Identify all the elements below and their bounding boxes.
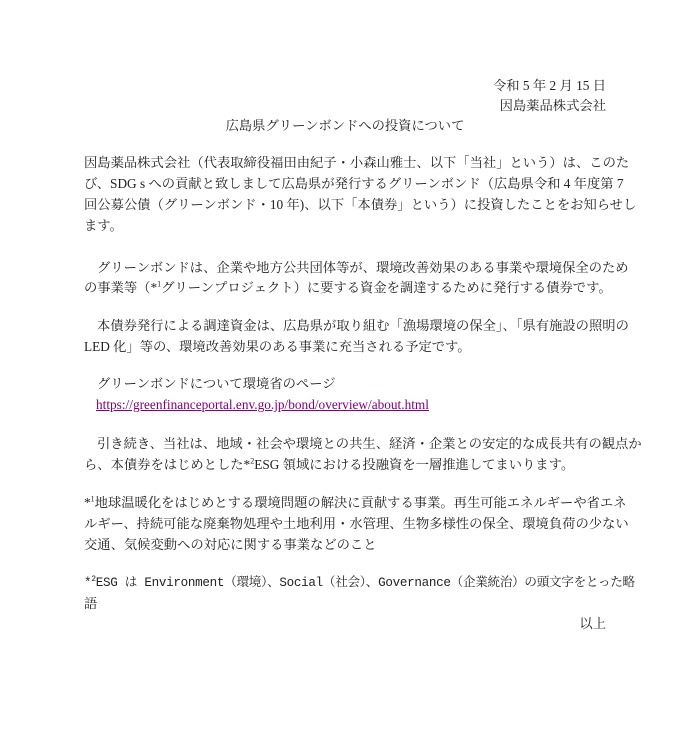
text-fragment: ESG は Environment（環境）、Social（社会）、Governa… [96,576,635,590]
paragraph-line: 因島薬品株式会社（代表取締役福田由紀子・小森山雅士、以下「当社」という）は、この… [84,153,606,173]
reference-link-line: https://greenfinanceportal.env.go.jp/bon… [84,395,618,415]
paragraph-line: ます。 [84,216,606,236]
text-fragment: 地球温暖化をはじめとする環境問題の解決に貢献する事業。再生可能エネルギーや省エネ [95,495,627,510]
footnote-line: *1地球温暖化をはじめとする環境問題の解決に貢献する事業。再生可能エネルギーや省… [84,493,606,513]
footnote-line: 語 [84,594,606,614]
issuer-company: 因島薬品株式会社 [84,96,606,116]
paragraph-line: 回公募公債（グリーンボンド・10 年)、以下「本債券」という）に投資したことをお… [84,195,606,215]
reference-label: グリーンボンドについて環境省のページ [84,374,606,394]
footnote-marker: * [84,495,91,510]
document-title: 広島県グリーンボンドへの投資について [84,116,606,136]
footnote-line: 交通、気候変動への対応に関する事業などのこと [84,535,606,555]
paragraph-line: 本債券発行による調達資金は、広島県が取り組む「漁場環境の保全」、「県有施設の照明… [84,316,606,336]
text-fragment: ら、本債券をはじめとした* [84,457,250,472]
text-fragment: ESG 領域における投融資を一層推進してまいります。 [254,457,574,472]
environment-ministry-link[interactable]: https://greenfinanceportal.env.go.jp/bon… [96,397,429,412]
paragraph-line: び、SDG s への貢献と致しまして広島県が発行するグリーンボンド（広島県令和 … [84,174,606,194]
footnote-line: *2ESG は Environment（環境）、Social（社会）、Gover… [84,573,606,593]
paragraph-line: ら、本債券をはじめとした*2ESG 領域における投融資を一層推進してまいります。 [84,455,606,475]
text-fragment: グリーンプロジェクト）に要する資金を調達するために発行する債券です。 [161,280,612,295]
paragraph-line: の事業等（*1グリーンプロジェクト）に要する資金を調達するために発行する債券です… [84,278,606,298]
paragraph-line: グリーンボンドは、企業や地方公共団体等が、環境改善効果のある事業や環境保全のため [84,258,606,278]
paragraph-line: 引き続き、当社は、地域・社会や環境との共生、経済・企業との安定的な成長共有の観点… [84,434,606,454]
footnote-line: ルギー、持続可能な廃棄物処理や土地利用・水管理、生物多様性の保全、環境負荷の少な… [84,514,606,534]
document-date: 令和 5 年 2 月 15 日 [84,76,606,96]
paragraph-line: LED 化」等の、環境改善効果のある事業に充当される予定です。 [84,337,606,357]
text-fragment: の事業等（* [84,280,157,295]
closing-remark: 以上 [84,614,606,634]
